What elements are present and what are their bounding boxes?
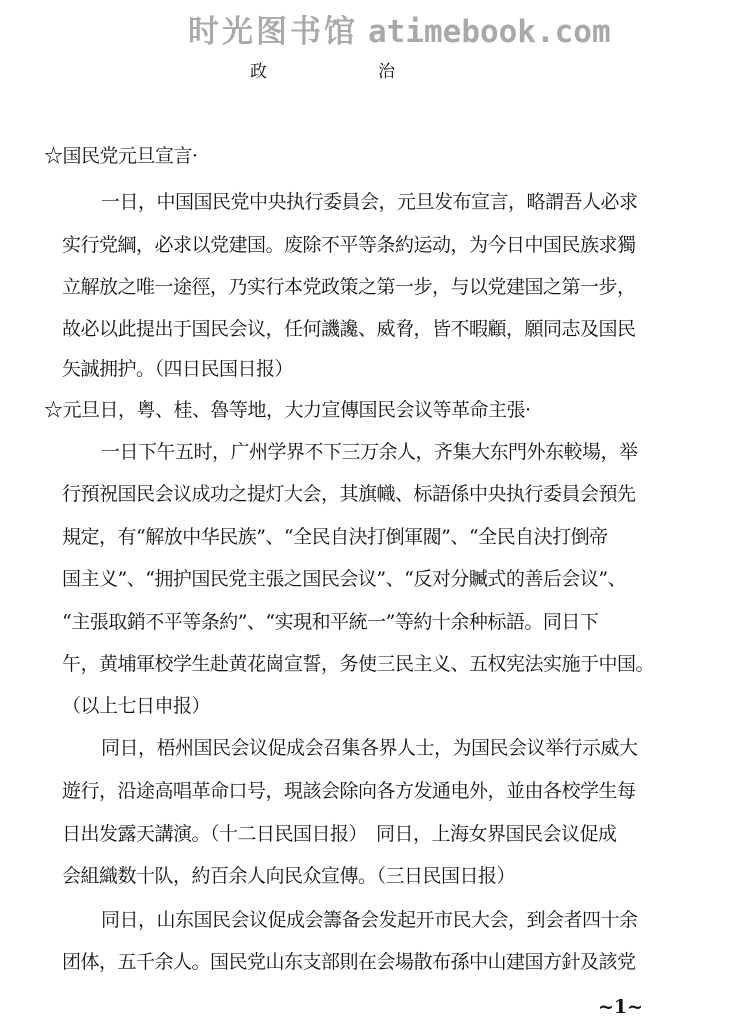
paragraph-line: 实行党綱，必求以党建国。废除不平等条約运动，为今日中国民族求獨 <box>62 233 702 257</box>
paragraph-line: 日出发露天講演。（十二日民国日报） 同日，上海女界国民会议促成 <box>62 822 702 846</box>
entry-headline: ☆元旦日，粤、桂、魯等地，大力宣傳国民会议等革命主張· <box>44 398 684 422</box>
paragraph-line: 故必以此提出于国民会议，任何譏讒、威脅，皆不暇顧，願同志及国民 <box>62 317 702 341</box>
entry-headline: ☆国民党元旦宣言· <box>44 144 684 168</box>
watermark: 时光图书馆atimebook.com <box>188 6 708 50</box>
section-title-char-1: 政 <box>250 57 267 82</box>
section-title-char-2: 治 <box>378 57 395 82</box>
section-title: 政 治 <box>250 57 450 87</box>
paragraph-line: 矢誠拥护。（四日民国日报） <box>62 357 702 381</box>
paragraph-line: 一日下午五时，广州学界不下三万余人，齐集大东門外东較場，举 <box>101 440 730 464</box>
paragraph-line: 午，黄埔軍校学生赴黄花崗宣誓，务使三民主义、五权宪法实施于中国。 <box>62 652 702 676</box>
paragraph-line: 規定，有“解放中华民族”、“全民自決打倒軍閥”、“全民自決打倒帝 <box>62 525 702 549</box>
paragraph-line: 一日，中国国民党中央执行委員会，元旦发布宣言，略謂吾人必求 <box>101 190 730 214</box>
paragraph-line: 团体，五千余人。国民党山东支部則在会場散布孫中山建国方針及該党 <box>62 950 702 974</box>
paragraph-line: 遊行，沿途高唱革命口号，現該会除向各方发通电外，並由各校学生每 <box>62 779 702 803</box>
paragraph-line: 会組織数十队，約百余人向民众宣傳。（三日民国日报） <box>62 864 702 888</box>
watermark-domain: atimebook.com <box>368 14 611 50</box>
paragraph-line: 立解放之唯一途徑，乃实行本党政策之第一步，与以党建国之第一步， <box>62 275 702 299</box>
watermark-site-name: 时光图书馆 <box>188 14 358 50</box>
paragraph-line: （以上七日申报） <box>62 694 702 718</box>
page-number: ~1~ <box>598 996 643 1018</box>
paragraph-line: “主張取銷不平等条約”、“实現和平統一”等約十余种标語。同日下 <box>62 610 702 634</box>
paragraph-line: 行預祝国民会议成功之提灯大会，其旗幟、标語係中央执行委員会預先 <box>62 482 702 506</box>
paragraph-line: 同日，山东国民会议促成会籌备会发起开市民大会，到会者四十余 <box>101 908 730 932</box>
paragraph-line: 国主义”、“拥护国民党主張之国民会议”、“反对分贓式的善后会议”、 <box>62 567 702 591</box>
paragraph-line: 同日，梧州国民会议促成会召集各界人士，为国民会议举行示威大 <box>101 736 730 760</box>
